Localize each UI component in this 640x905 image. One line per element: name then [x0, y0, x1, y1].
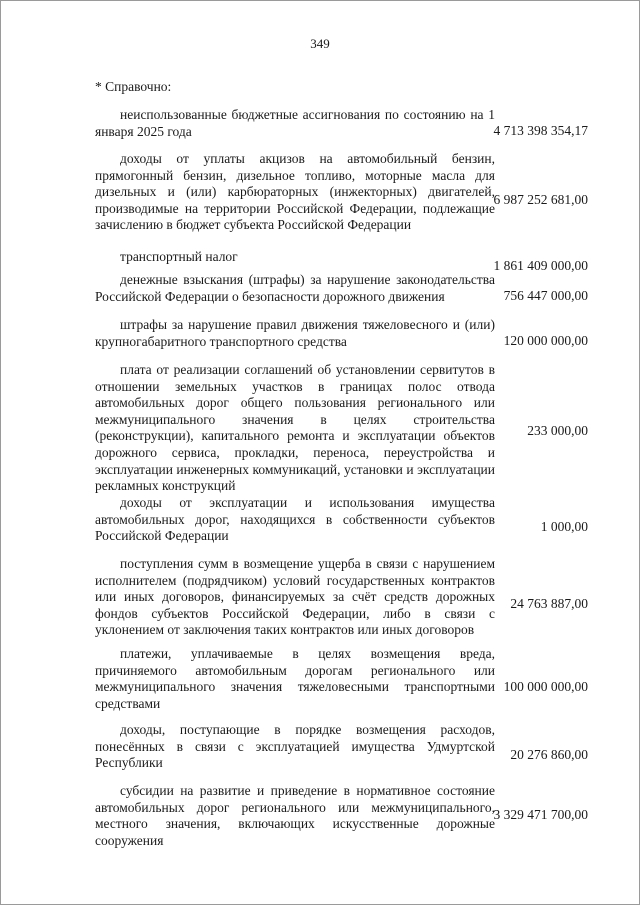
entry-amount-transport-tax: 1 861 409 000,00: [494, 258, 589, 274]
entry-description-excise-revenue: доходы от уплаты акцизов на автомобильны…: [95, 151, 495, 234]
entry-amount-unused-allocations: 4 713 398 354,17: [494, 123, 589, 139]
note-heading: * Справочно:: [95, 79, 171, 95]
entry-description-contractor-damages: поступления сумм в возмещение ущерба в с…: [95, 556, 495, 639]
entry-amount-servitude-payments: 233 000,00: [527, 423, 588, 439]
entry-description-heavy-vehicle-damage-payments: платежи, уплачиваемые в целях возмещения…: [95, 646, 495, 712]
entry-amount-road-property-income: 1 000,00: [541, 519, 588, 535]
entry-description-traffic-fines: денежные взыскания (штрафы) за нарушение…: [95, 272, 495, 305]
entry-amount-road-subsidies: 3 329 471 700,00: [494, 807, 589, 823]
entry-description-transport-tax: транспортный налог: [95, 249, 495, 266]
entry-amount-traffic-fines: 756 447 000,00: [504, 288, 588, 304]
entry-description-unused-allocations: неиспользованные бюджетные ассигнования …: [95, 107, 495, 140]
entry-description-road-property-income: доходы от эксплуатации и использования и…: [95, 495, 495, 545]
entry-amount-heavy-vehicle-fines: 120 000 000,00: [504, 333, 588, 349]
entry-description-heavy-vehicle-fines: штрафы за нарушение правил движения тяже…: [95, 317, 495, 350]
entry-amount-excise-revenue: 6 987 252 681,00: [494, 192, 589, 208]
entry-description-servitude-payments: плата от реализации соглашений об устано…: [95, 362, 495, 495]
entry-amount-contractor-damages: 24 763 887,00: [510, 596, 588, 612]
entry-description-expense-reimbursement: доходы, поступающие в порядке возмещения…: [95, 722, 495, 772]
entry-description-road-subsidies: субсидии на развитие и приведение в норм…: [95, 783, 495, 849]
entry-amount-expense-reimbursement: 20 276 860,00: [510, 747, 588, 763]
page-number: 349: [0, 36, 640, 52]
entry-amount-heavy-vehicle-damage-payments: 100 000 000,00: [504, 679, 588, 695]
